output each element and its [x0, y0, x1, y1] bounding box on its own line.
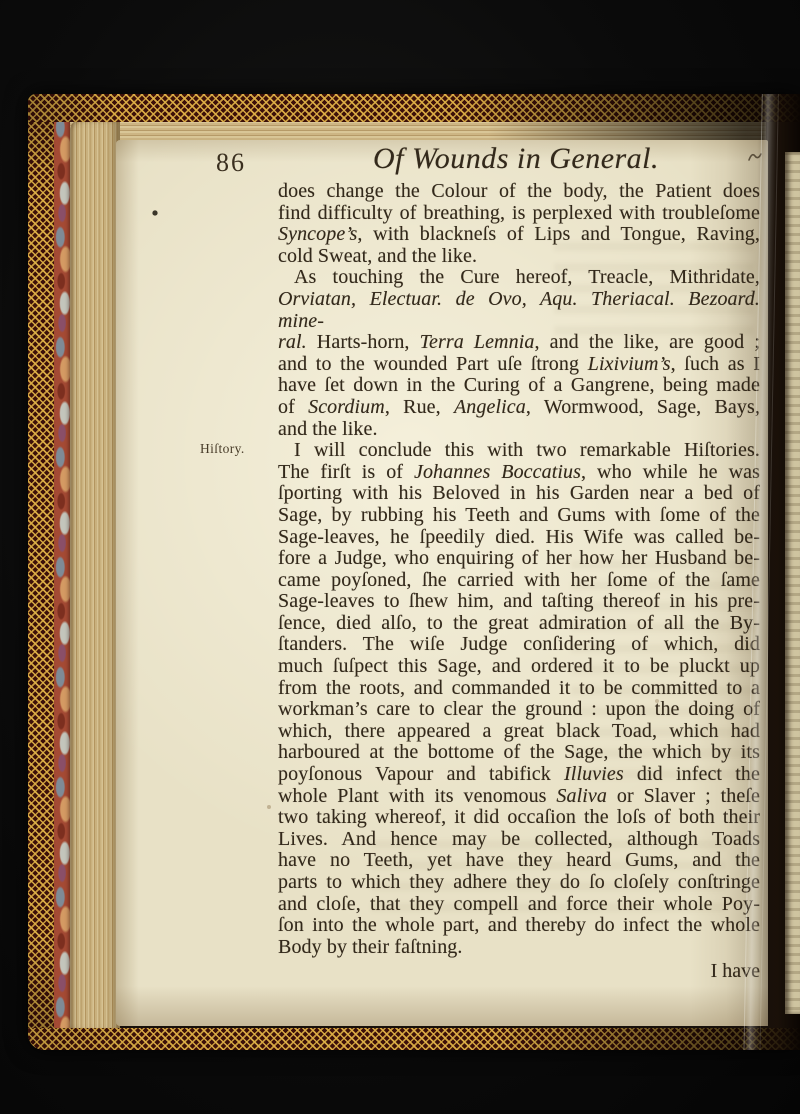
- text-line: ſon into the whole part, and thereby do …: [278, 915, 760, 937]
- text-line: and cloſe, that they compell and force t…: [278, 894, 760, 916]
- text-line: Body by their faſtning.: [278, 937, 760, 959]
- text-line: Syncope’s, with blackneſs of Lips and To…: [278, 224, 760, 246]
- text-line: I will conclude this with two remarkable…: [278, 440, 760, 462]
- text-line: have ſet down in the Curing of a Gangren…: [278, 375, 760, 397]
- text-line: have no Teeth, yet have they heard Gums,…: [278, 850, 760, 872]
- text-line: Sage-leaves to ſhew him, and taſting the…: [278, 591, 760, 613]
- text-line: which, there appeared a great black Toad…: [278, 721, 760, 743]
- page-number: 86: [216, 148, 246, 178]
- text-line: does change the Colour of the body, the …: [278, 181, 760, 203]
- book-page: 86 Of Wounds in General. Hiſtory. does c…: [116, 140, 768, 1026]
- text-line: parts to which they adhere they do ſo cl…: [278, 872, 760, 894]
- text-line: fore a Judge, who enquiring of her how h…: [278, 548, 760, 570]
- text-line: and the like.: [278, 419, 760, 441]
- adjacent-page-edge: [785, 152, 800, 1014]
- foxing-specks: [116, 140, 118, 142]
- text-line: find difficulty of breathing, is perplex…: [278, 203, 760, 225]
- text-line: Lives. And hence may be collected, altho…: [278, 829, 760, 851]
- text-line: ſence, died alſo, to the great admiratio…: [278, 613, 760, 635]
- text-line: Sage, by rubbing his Teeth and Gums with…: [278, 505, 760, 527]
- text-line: ral. Harts-horn, Terra Lemnia, and the l…: [278, 332, 760, 354]
- text-line: whole Plant with its venomous Saliva or …: [278, 786, 760, 808]
- text-line: Orviatan, Electuar. de Ovo, Aqu. Theriac…: [278, 289, 760, 332]
- page-stack-edge-left: [70, 120, 120, 1032]
- text-line: As touching the Cure hereof, Treacle, Mi…: [278, 267, 760, 289]
- text-line: The firſt is of Johannes Boccatius, who …: [278, 462, 760, 484]
- text-line: and to the wounded Part uſe ſtrong Lixiv…: [278, 354, 760, 376]
- text-line: came poyſoned, ſhe carried with her ſome…: [278, 570, 760, 592]
- page-text-block: does change the Colour of the body, the …: [278, 181, 760, 958]
- text-line: much ſuſpect this Sage, and ordered it t…: [278, 656, 760, 678]
- margin-note: Hiſtory.: [200, 441, 245, 457]
- text-line: workman’s care to clear the ground : upo…: [278, 699, 760, 721]
- photo-backdrop: { "page": { "number": "86", "running_tit…: [0, 0, 800, 1114]
- text-line: harboured at the bottome of the Sage, th…: [278, 742, 760, 764]
- book-cover-bottom-edge: [28, 1028, 800, 1050]
- text-line: from the roots, and commanded it to be c…: [278, 678, 760, 700]
- text-line: cold Sweat, and the like.: [278, 246, 760, 268]
- text-line: poyſonous Vapour and tabifick Illuvies d…: [278, 764, 760, 786]
- text-line: ſtanders. The wiſe Judge conſidering of …: [278, 634, 760, 656]
- running-title: Of Wounds in General.: [260, 142, 772, 176]
- text-line: two taking whereof, it did occaſion the …: [278, 807, 760, 829]
- book: 86 Of Wounds in General. Hiſtory. does c…: [28, 94, 800, 1050]
- book-cover-top-edge: [28, 94, 800, 122]
- text-line: of Scordium, Rue, Angelica, Wormwood, Sa…: [278, 397, 760, 419]
- text-line: Sage-leaves, he ſpeedily died. His Wife …: [278, 527, 760, 549]
- text-line: ſporting with his Beloved in his Garden …: [278, 483, 760, 505]
